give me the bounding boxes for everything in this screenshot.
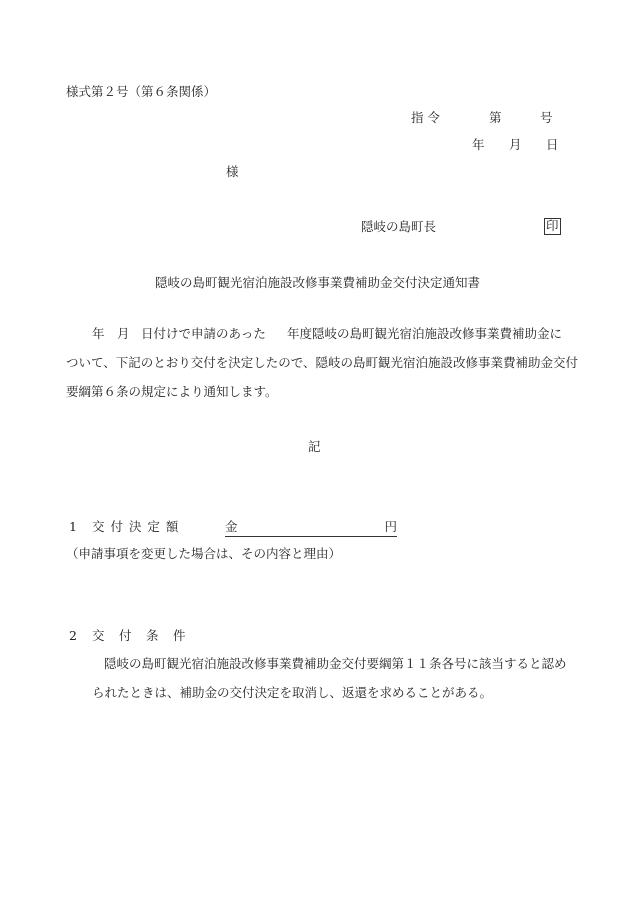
date-day: 日 [546,139,559,152]
ki-heading: 記 [308,441,321,454]
item1-number: 1 [69,521,77,534]
number-prefix: 第 [489,112,502,125]
body-year: 年 [92,328,105,341]
item2-text-line1: 隠岐の島町観光宿泊施設改修事業費補助金交付要綱第１１条各号に該当すると認め [104,658,567,671]
body-line3: 要綱第６条の規定により通知します。 [66,386,278,399]
seal-mark: 印 [544,218,561,235]
date-year: 年 [472,139,485,152]
directive-label: 指 令 [411,112,440,125]
item2-text-line2: られたときは、補助金の交付決定を取消し、返還を求めることがある。 [92,687,492,700]
body-line1-tail: 年度隠岐の島町観光宿泊施設改修事業費補助金に [287,328,562,341]
addressee-suffix: 様 [226,166,239,179]
item2-number: 2 [69,630,77,643]
amount-field: 金 円 [225,520,397,537]
sender-name: 隠岐の島町長 [361,221,436,234]
body-month: 月 [117,328,130,341]
date-month: 月 [509,139,522,152]
item1-note: （申請事項を変更した場合は、その内容と理由） [66,548,341,561]
document-title: 隠岐の島町観光宿泊施設改修事業費補助金交付決定通知書 [155,277,480,290]
item2-label: 交 付 条 件 [92,630,187,643]
body-line1-rest: 日付けで申請のあった [141,328,266,341]
amount-suffix: 円 [384,521,397,534]
amount-prefix: 金 [225,521,238,534]
form-label: 様式第２号（第６条関係） [66,86,216,99]
item1-label: 交 付 決 定 額 [92,521,178,534]
number-suffix: 号 [540,112,553,125]
body-line2: ついて、下記のとおり交付を決定したので、隠岐の島町観光宿泊施設改修事業費補助金交… [66,357,578,370]
